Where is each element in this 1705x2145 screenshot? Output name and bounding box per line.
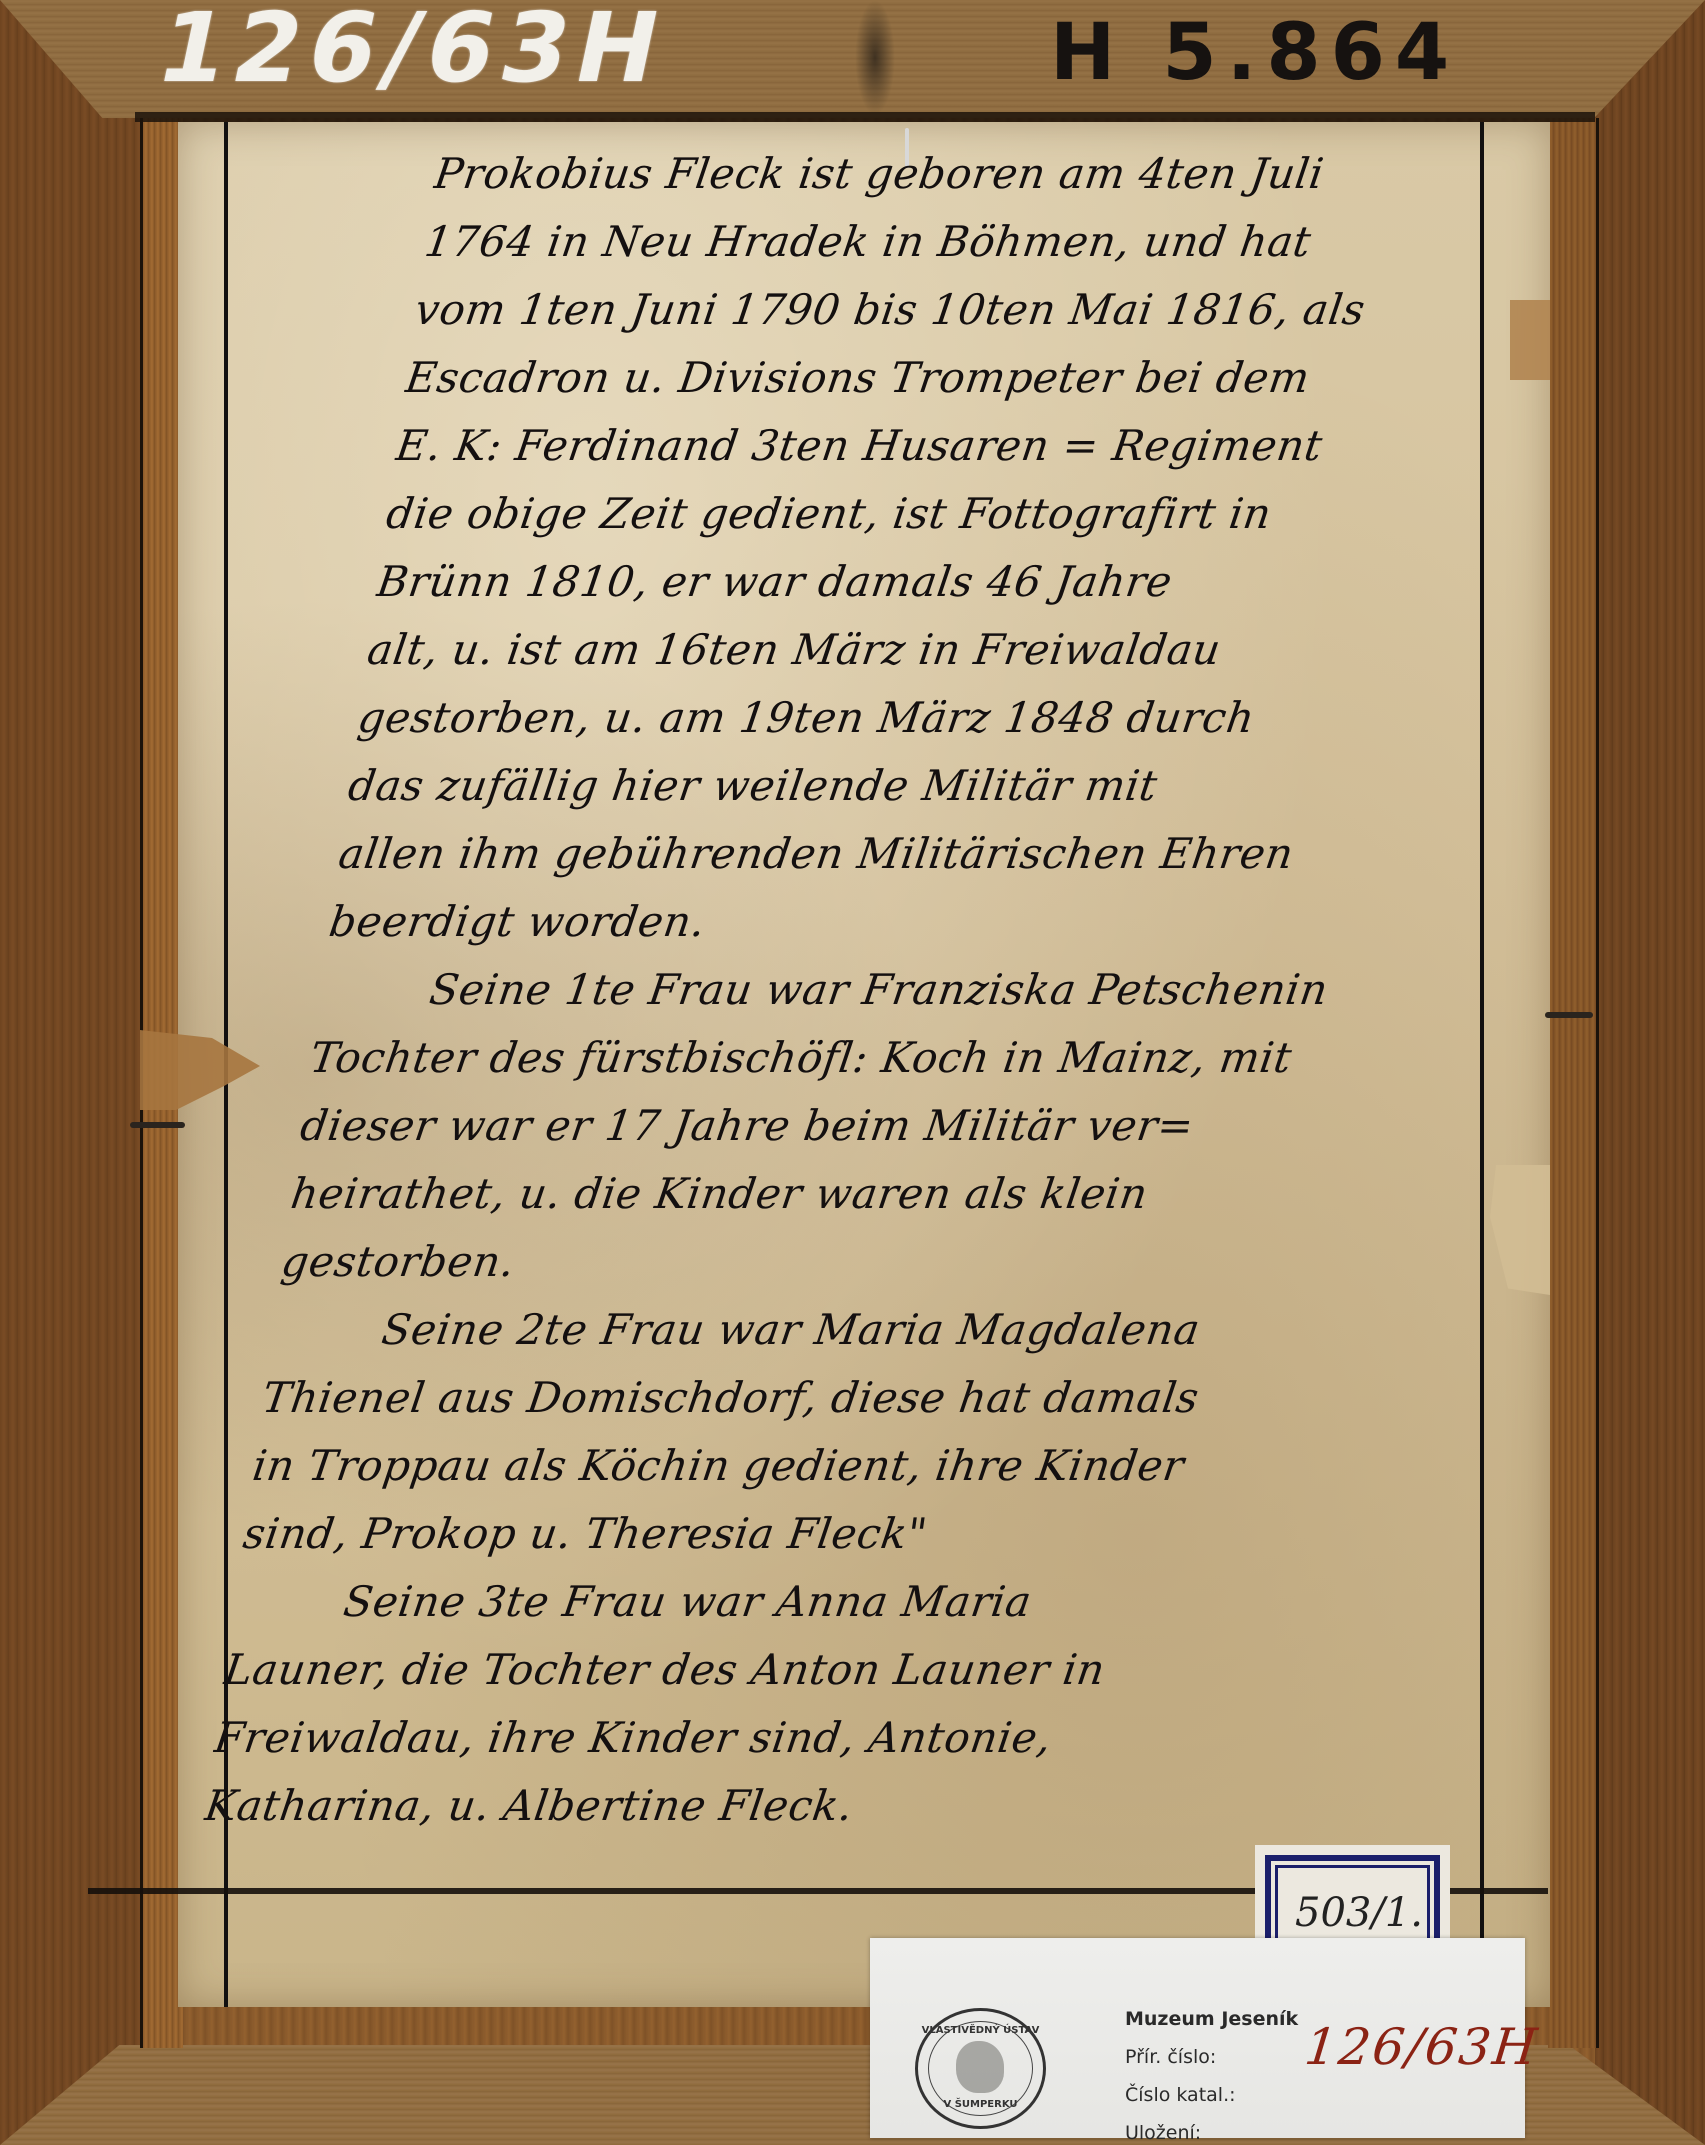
text-line: beerdigt worden. [325, 888, 1465, 956]
text-line: Escadron u. Divisions Trompeter bei dem [401, 344, 1541, 412]
nail-left [130, 1122, 185, 1128]
text-line: Seine 3te Frau war Anna Maria [229, 1568, 1369, 1636]
text-line: Thienel aus Domischdorf, diese hat damal… [258, 1364, 1398, 1432]
text-line: das zufällig hier weilende Militär mit [344, 752, 1484, 820]
museum-name: Muzeum Jeseník [1125, 2000, 1298, 2038]
inner-slip-right [1548, 118, 1599, 2048]
text-line: sind, Prokop u. Theresia Fleck" [239, 1500, 1379, 1568]
text-line: Prokobius Fleck ist geboren am 4ten Juli [430, 140, 1570, 208]
accession-number-value: 126/63H [1302, 2018, 1542, 2076]
label-fields: Muzeum Jeseník Přír. číslo: Číslo katal.… [1125, 2000, 1298, 2145]
text-line: gestorben, u. am 19ten März 1848 durch [353, 684, 1493, 752]
location-field-label: Uložení: [1125, 2114, 1298, 2145]
text-line: allen ihm gebührenden Militärischen Ehre… [334, 820, 1474, 888]
text-line: Brünn 1810, er war damals 46 Jahre [373, 548, 1513, 616]
text-line: 1764 in Neu Hradek in Böhmen, und hat [420, 208, 1560, 276]
text-line: heirathet, u. die Kinder waren als klein [287, 1160, 1427, 1228]
text-line: vom 1ten Juni 1790 bis 10ten Mai 1816, a… [411, 276, 1551, 344]
text-line: Seine 2te Frau war Maria Magdalena [267, 1296, 1407, 1364]
text-line: die obige Zeit gedient, ist Fottografirt… [382, 480, 1522, 548]
catalog-number: 503/1. [1295, 1890, 1423, 1936]
handwritten-text: Prokobius Fleck ist geboren am 4ten Juli… [201, 140, 1570, 1840]
accession-field-label: Přír. číslo: [1125, 2038, 1298, 2076]
catalog-field-label: Číslo katal.: [1125, 2076, 1298, 2114]
text-line: in Troppau als Köchin gedient, ihre Kind… [248, 1432, 1388, 1500]
text-line: Launer, die Tochter des Anton Launer in [220, 1636, 1360, 1704]
text-line: alt, u. ist am 16ten März in Freiwaldau [363, 616, 1503, 684]
text-line: Katharina, u. Albertine Fleck. [201, 1772, 1341, 1840]
stamp-bottom-text: V ŠUMPERKU [918, 2099, 1043, 2110]
frame-right-rail [1595, 0, 1705, 2145]
frame-shadow [135, 112, 1595, 122]
stamp-top-text: VLASTIVĚDNÝ ÚSTAV [918, 2025, 1043, 2036]
ink-inventory-mark: H 5.864 [1050, 8, 1459, 98]
nail-right [1545, 1012, 1593, 1018]
museum-label: VLASTIVĚDNÝ ÚSTAV V ŠUMPERKU Muzeum Jese… [870, 1938, 1525, 2138]
text-line: Freiwaldau, ihre Kinder sind, Antonie, [210, 1704, 1350, 1772]
frame-left-rail [0, 0, 140, 2145]
text-line: Tochter des fürstbischöfl: Koch in Mainz… [306, 1024, 1446, 1092]
text-line: gestorben. [277, 1228, 1417, 1296]
text-line: Seine 1te Frau war Franziska Petschenin [315, 956, 1455, 1024]
ink-smudge [855, 0, 895, 115]
museum-stamp-icon: VLASTIVĚDNÝ ÚSTAV V ŠUMPERKU [915, 2008, 1046, 2129]
painted-inventory-mark: 126/63H [148, 0, 677, 104]
text-line: E. K: Ferdinand 3ten Husaren = Regiment [392, 412, 1532, 480]
text-line: dieser war er 17 Jahre beim Militär ver= [296, 1092, 1436, 1160]
stamp-portrait-icon [956, 2041, 1004, 2093]
